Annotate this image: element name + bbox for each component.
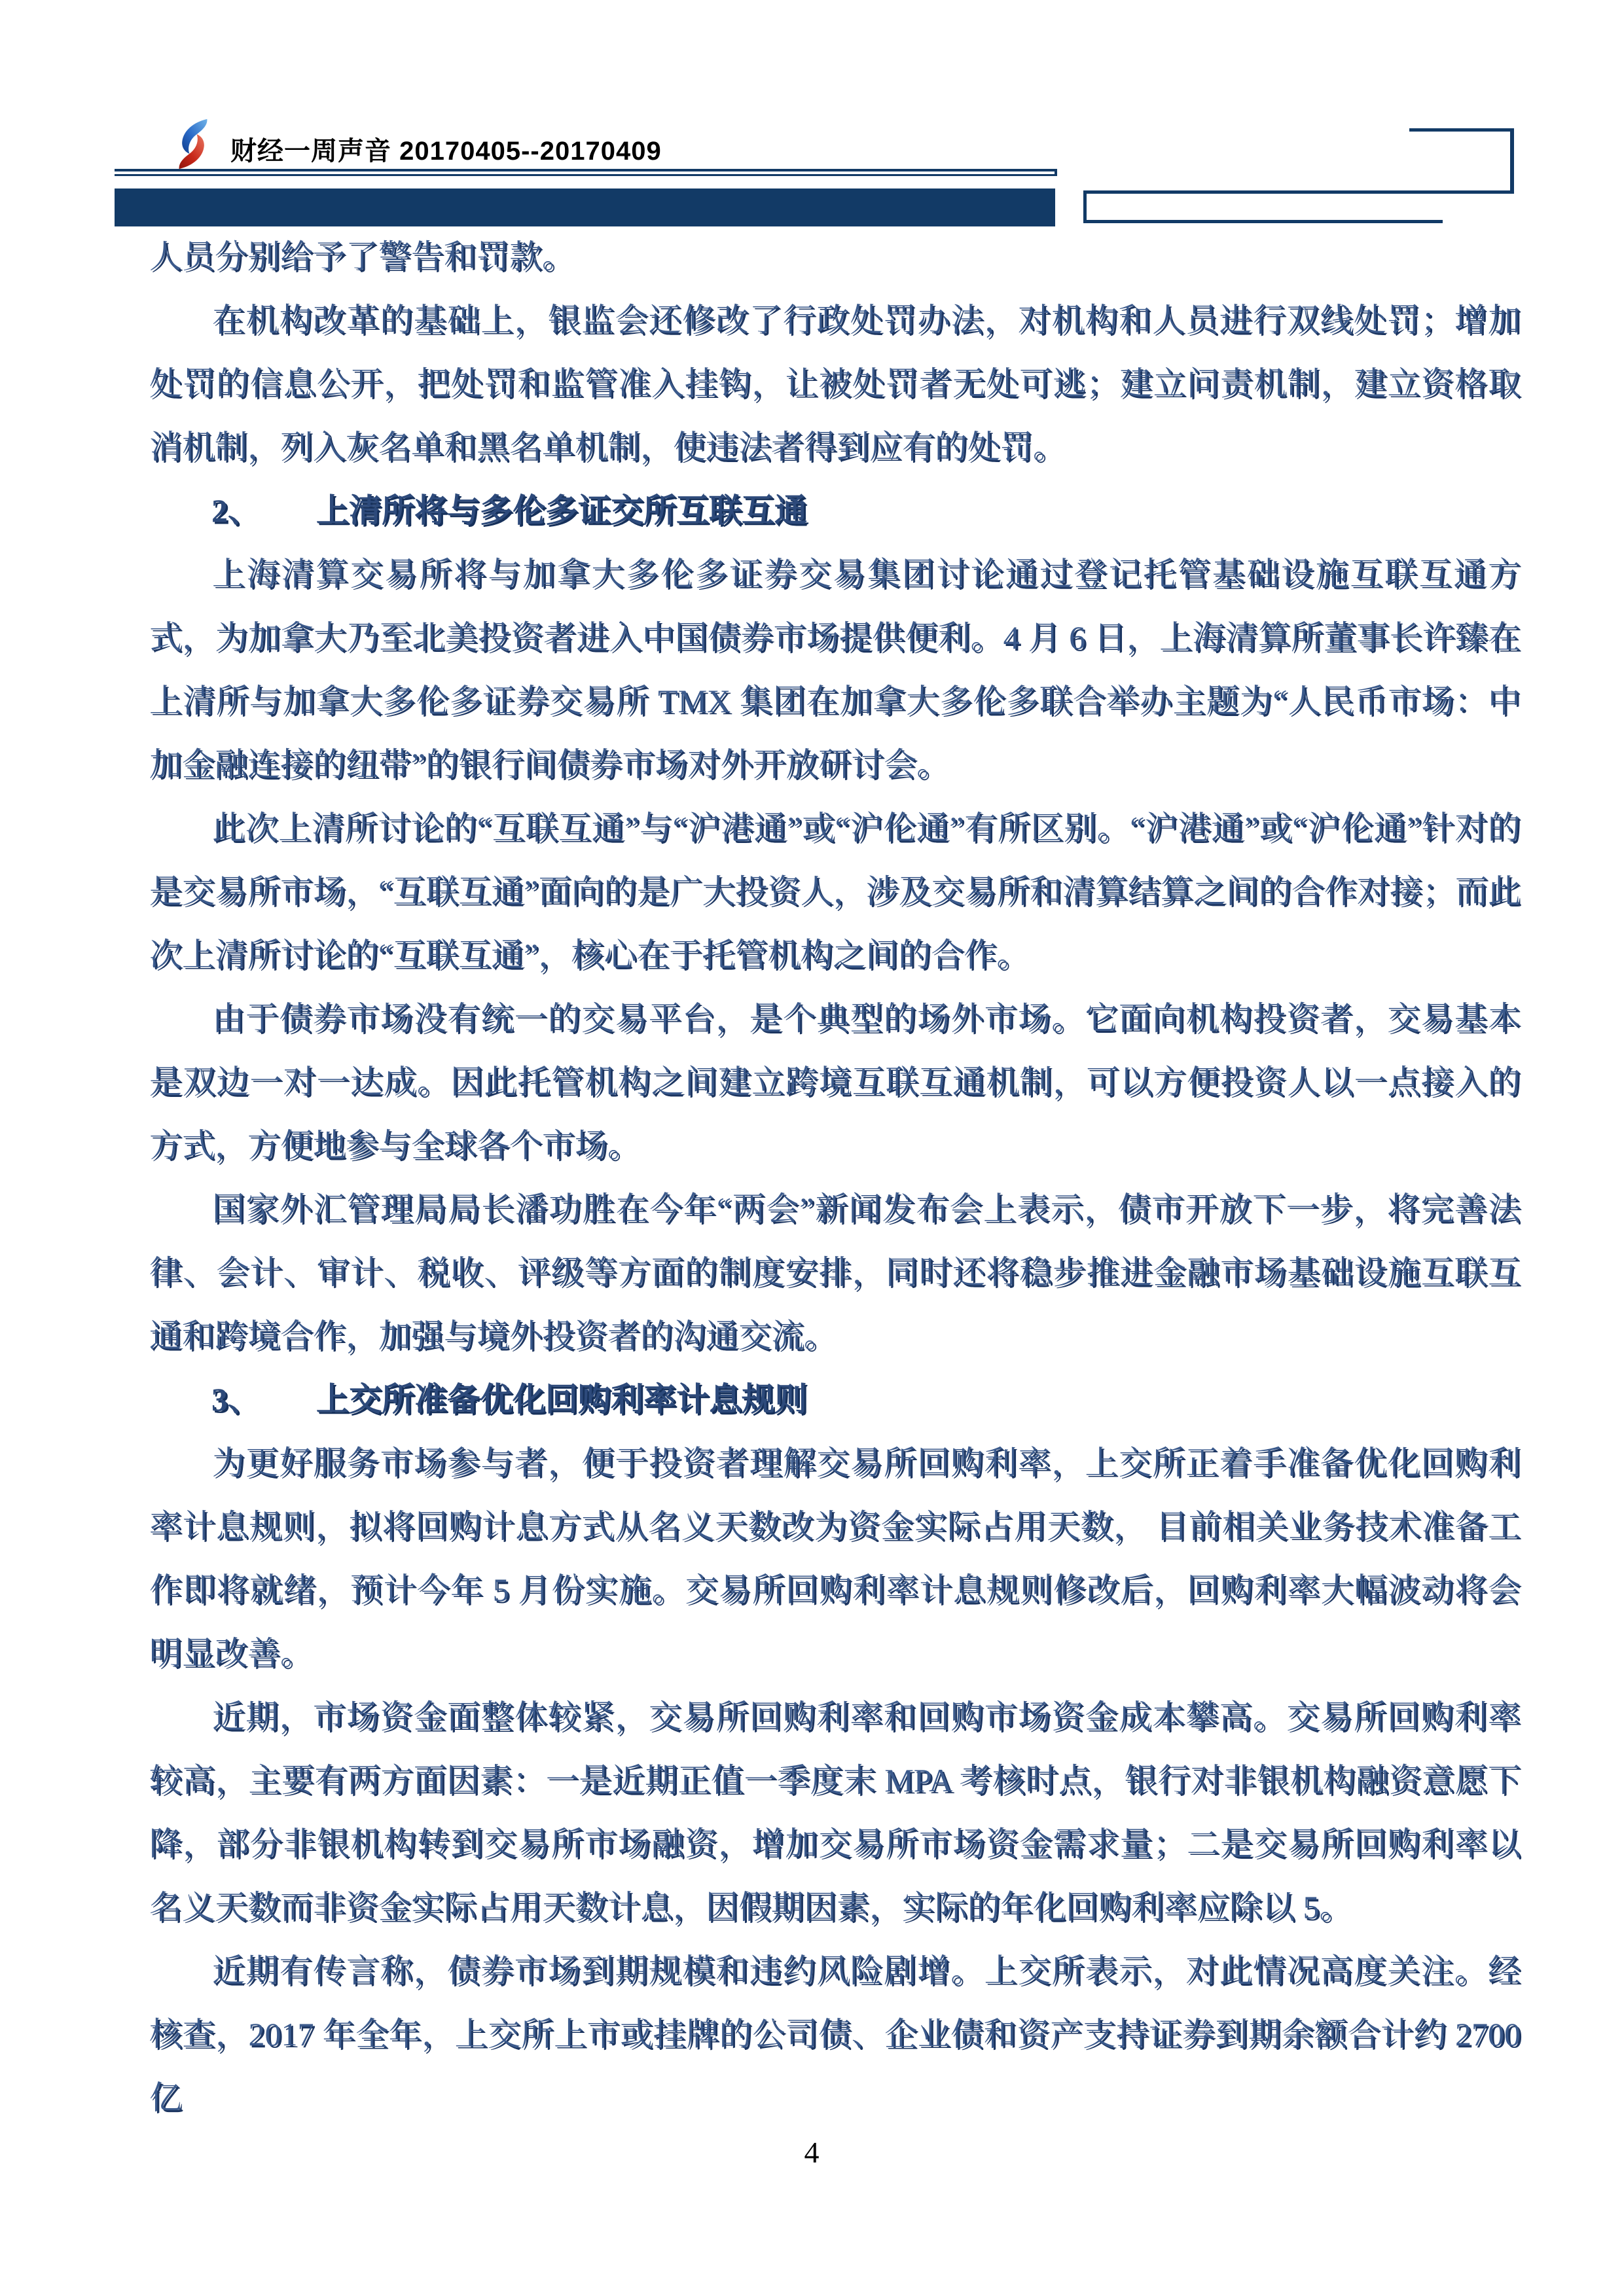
- textbox-outline-rule-left: [1083, 190, 1087, 223]
- paragraph: 为更好服务市场参与者，便于投资者理解交易所回购利率，上交所正着手准备优化回购利率…: [149, 1431, 1521, 1685]
- paragraph: 此次上清所讨论的“互联互通”与“沪港通”或“沪伦通”有所区别。“沪港通”或“沪伦…: [149, 797, 1521, 987]
- paragraph: 国家外汇管理局局长潘功胜在今年“两会”新闻发布会上表示，债市开放下一步，将完善法…: [149, 1177, 1521, 1368]
- section-heading-text: 上交所准备优化回购利率计息规则: [316, 1381, 807, 1418]
- textbox-outline-rule-bottom: [1083, 220, 1443, 223]
- section-heading-number: 3、: [211, 1368, 316, 1431]
- paragraph: 人员分别给予了警告和罚款。: [149, 225, 1521, 289]
- textbox-outline-top-right: [1409, 128, 1514, 194]
- paragraph: 近期有传言称，债券市场到期规模和违约风险剧增。上交所表示，对此情况高度关注。经核…: [149, 1939, 1521, 2130]
- paragraph: 由于债券市场没有统一的交易平台，是个典型的场外市场。它面向机构投资者，交易基本是…: [149, 987, 1521, 1177]
- section-heading-text: 上清所将与多伦多证交所互联互通: [316, 492, 807, 529]
- paragraph: 近期，市场资金面整体较紧，交易所回购利率和回购市场资金成本攀高。交易所回购利率较…: [149, 1685, 1521, 1939]
- section-heading-number: 2、: [211, 479, 316, 543]
- section-heading: 3、上交所准备优化回购利率计息规则: [149, 1368, 1521, 1431]
- page-number: 4: [772, 2135, 851, 2170]
- brand-logo-icon: [174, 118, 212, 170]
- paragraph: 上海清算交易所将与加拿大多伦多证券交易集团讨论通过登记托管基础设施互联互通方式，…: [149, 543, 1521, 797]
- section-heading: 2、上清所将与多伦多证交所互联互通: [149, 479, 1521, 543]
- document-page: { "colors": { "accent_navy": "#123a66", …: [0, 0, 1624, 2296]
- body-text-flow: 人员分别给予了警告和罚款。在机构改革的基础上，银监会还修改了行政处罚办法，对机构…: [149, 225, 1521, 2130]
- report-title: 财经一周声音 20170405--20170409: [230, 136, 662, 166]
- header-double-rule: [115, 169, 1057, 176]
- paragraph: 在机构改革的基础上，银监会还修改了行政处罚办法，对机构和人员进行双线处罚；增加处…: [149, 289, 1521, 479]
- navy-banner-bar: [115, 188, 1055, 226]
- textbox-outline-rule-top: [1083, 190, 1513, 194]
